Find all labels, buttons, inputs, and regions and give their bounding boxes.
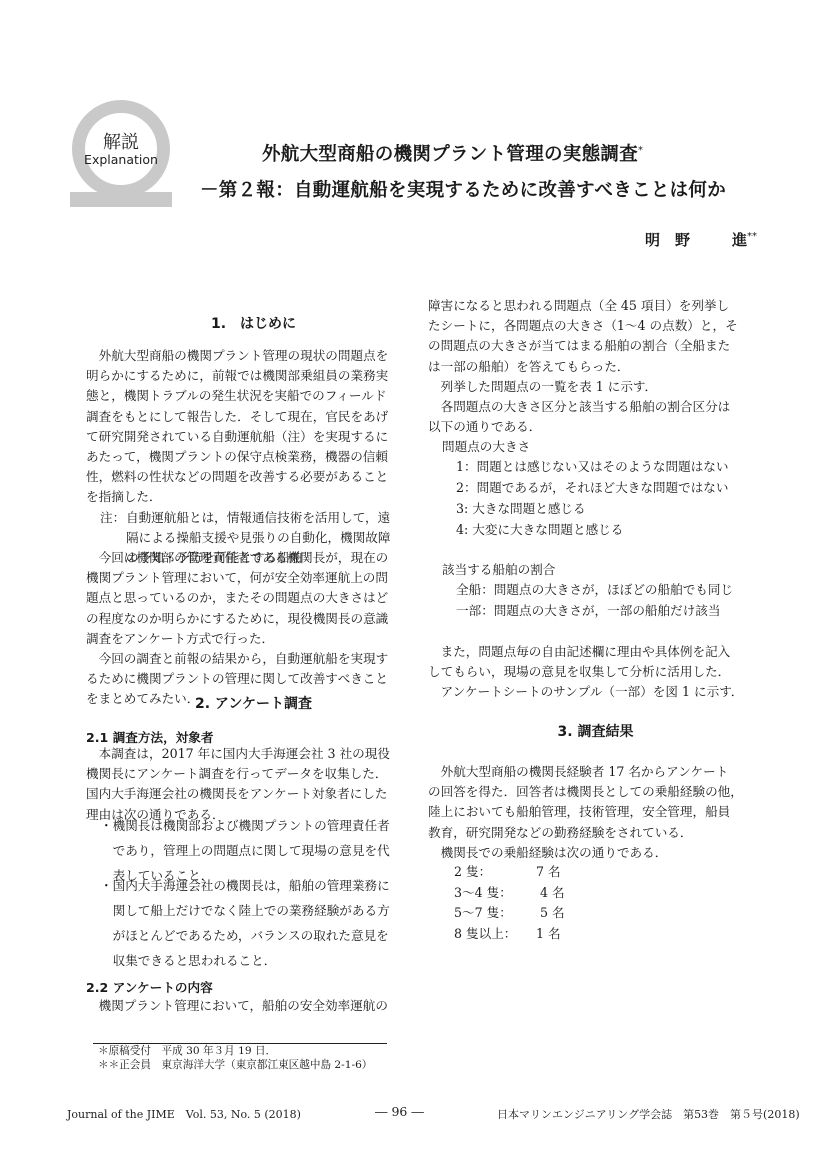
problem-size-list: 1：問題とは感じない又はそのような問題はない 2：問題であるが，それほど大きな問…: [456, 457, 776, 541]
section-3-paragraph: 外航大型商船の機関長経験者 17 名からアンケート の回答を得た．回答者は機関長…: [428, 762, 768, 863]
badge-label-ja: 解説: [70, 128, 172, 154]
experience-row: 3〜4 隻：4 名: [454, 883, 654, 904]
ship-ratio-heading: 該当する船舶の割合: [442, 560, 777, 580]
section-2-1-bullet-2: ・国内大手海運会社の機関長は，船舶の管理業務に 関して船上だけでなく陸上での業務…: [100, 876, 425, 976]
section-2-2-paragraph: 機関プラント管理において，船舶の安全効率運航の: [86, 996, 434, 1016]
ship-ratio-list: 全船：問題点の大きさが，ほぼどの船舶でも同じ 一部：問題点の大きさが，一部の船舶…: [456, 580, 776, 622]
experience-row: 8 隻以上：1 名: [454, 924, 654, 945]
right-paragraph-2: また，問題点毎の自由記述欄に理由や具体例を記入 してもらい，現場の意見を収集して…: [428, 642, 768, 703]
section-2-1-paragraph: 本調査は，2017 年に国内大手海運会社 3 社の現役 機関長にアンケート調査を…: [86, 744, 421, 825]
explanation-badge: 解説 Explanation: [70, 100, 170, 208]
article-subtitle: －第２報：自動運航船を実現するために改善すべきことは何か: [200, 176, 726, 202]
article-title: 外航大型商船の機関プラント管理の実態調査*: [262, 140, 643, 166]
section-1-paragraph-2: 今回は機関部の管理責任者である機関長が，現在の 機関プラント管理において，何が安…: [86, 548, 421, 710]
problem-size-heading: 問題点の大きさ: [442, 437, 777, 457]
experience-list: 2 隻：7 名 3〜4 隻：4 名 5〜7 隻：5 名 8 隻以上：1 名: [454, 862, 654, 944]
badge-label-en: Explanation: [70, 152, 172, 167]
right-paragraph-1: 障害になると思われる問題点（全 45 項目）を列挙し たシートに，各問題点の大き…: [428, 296, 768, 437]
section-3-heading: 3. 調査結果: [428, 722, 763, 742]
section-1-heading: 1. はじめに: [86, 314, 421, 334]
footnote-affiliation: ＊＊正会員 東京海洋大学（東京都江東区越中島 2-1-6）: [98, 1058, 372, 1073]
page-number: ― 96 ―: [375, 1104, 424, 1119]
footer-journal: Journal of the JIME Vol. 53, No. 5 (2018…: [67, 1106, 301, 1122]
section-1-paragraph-1: 外航大型商船の機関プラント管理の現状の問題点を 明らかにするために，前報では機関…: [86, 346, 421, 508]
footer-journal-ja: 日本マリンエンジニアリング学会誌 第53巻 第５号(2018): [497, 1106, 800, 1122]
section-2-heading: 2. アンケート調査: [86, 694, 421, 714]
section-1-note-label: 注：: [100, 508, 125, 528]
author: 明 野進**: [645, 229, 757, 250]
badge-base-shape: [70, 192, 172, 207]
experience-row: 2 隻：7 名: [454, 862, 654, 883]
experience-row: 5〜7 隻：5 名: [454, 903, 654, 924]
footnote-received: ＊原稿受付 平成 30 年３月 19 日．: [98, 1044, 276, 1059]
